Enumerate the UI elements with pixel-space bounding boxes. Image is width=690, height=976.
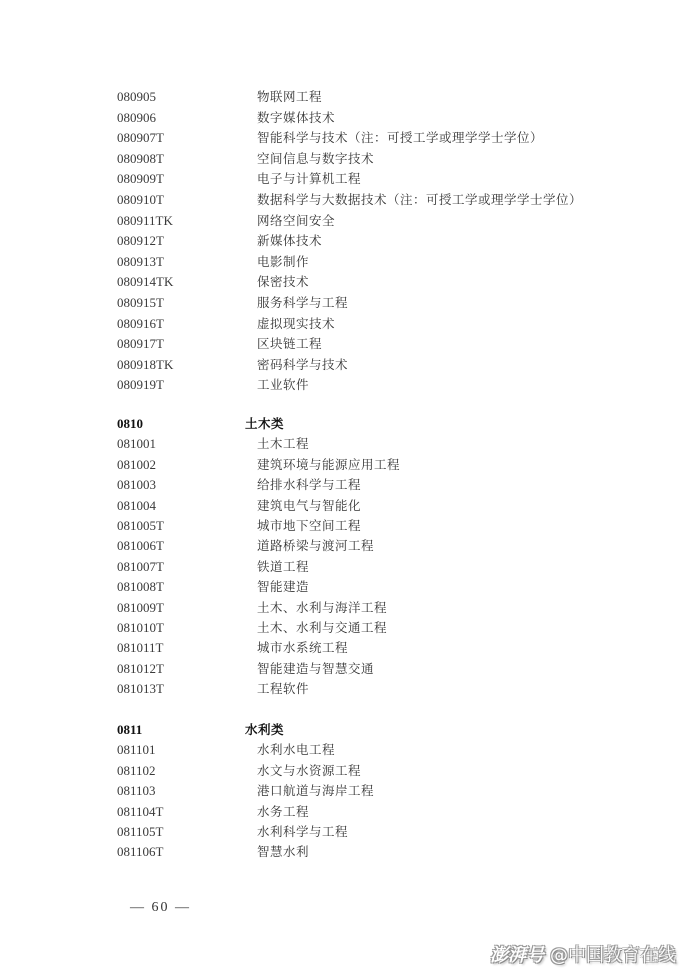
major-name: 水务工程 — [257, 802, 309, 822]
major-row: 080915T服务科学与工程 — [117, 293, 637, 313]
major-name: 土木、水利与海洋工程 — [257, 598, 387, 618]
major-name: 物联网工程 — [257, 87, 322, 107]
page-number: — 60 — — [130, 900, 191, 916]
major-code: 080905 — [117, 87, 156, 107]
major-name: 水文与水资源工程 — [257, 761, 361, 781]
major-code: 080918TK — [117, 355, 173, 375]
major-code: 080910T — [117, 190, 164, 210]
major-name: 智慧水利 — [257, 842, 309, 862]
major-row: 081010T土木、水利与交通工程 — [117, 618, 637, 638]
major-code: 081008T — [117, 577, 164, 597]
major-row: 080919T工业软件 — [117, 375, 637, 395]
major-row: 080917T区块链工程 — [117, 334, 637, 354]
major-row: 081101水利水电工程 — [117, 740, 637, 760]
major-code: 080907T — [117, 128, 164, 148]
major-row: 081001土木工程 — [117, 434, 637, 454]
major-row: 080907T智能科学与技术（注：可授工学或理学学士学位） — [117, 128, 637, 148]
major-code: 081009T — [117, 598, 164, 618]
major-row: 081106T智慧水利 — [117, 842, 637, 862]
major-row: 080911TK网络空间安全 — [117, 211, 637, 231]
major-code: 081102 — [117, 761, 156, 781]
major-code: 080917T — [117, 334, 164, 354]
major-row: 081006T道路桥梁与渡河工程 — [117, 536, 637, 556]
major-name: 城市地下空间工程 — [257, 516, 361, 536]
major-code: 081004 — [117, 496, 156, 516]
major-name: 智能科学与技术（注：可授工学或理学学士学位） — [257, 128, 543, 148]
major-row: 080913T电影制作 — [117, 252, 637, 272]
major-name: 电子与计算机工程 — [257, 169, 361, 189]
category-code: 0811 — [117, 720, 142, 740]
major-row: 080914TK保密技术 — [117, 272, 637, 292]
watermark: 澎湃号@中国教育在线 — [490, 941, 676, 967]
major-code: 081104T — [117, 802, 163, 822]
major-code: 081001 — [117, 434, 156, 454]
major-row: 081008T智能建造 — [117, 577, 637, 597]
major-row: 081007T铁道工程 — [117, 557, 637, 577]
major-row: 080916T虚拟现实技术 — [117, 314, 637, 334]
major-row: 080905物联网工程 — [117, 87, 637, 107]
major-code: 081002 — [117, 455, 156, 475]
major-name: 工程软件 — [257, 679, 309, 699]
major-row: 081104T水务工程 — [117, 802, 637, 822]
major-name: 服务科学与工程 — [257, 293, 348, 313]
major-name: 道路桥梁与渡河工程 — [257, 536, 374, 556]
major-row: 081003给排水科学与工程 — [117, 475, 637, 495]
major-code: 081003 — [117, 475, 156, 495]
major-name: 数字媒体技术 — [257, 108, 335, 128]
major-row: 081103港口航道与海岸工程 — [117, 781, 637, 801]
major-name: 城市水系统工程 — [257, 638, 348, 658]
major-code: 080915T — [117, 293, 164, 313]
major-name: 建筑电气与智能化 — [257, 496, 361, 516]
major-name: 工业软件 — [257, 375, 309, 395]
category-header-row: 0810土木类 — [117, 414, 637, 434]
major-code: 080912T — [117, 231, 164, 251]
major-row: 081105T水利科学与工程 — [117, 822, 637, 842]
category-name: 土木类 — [245, 414, 284, 434]
major-row: 081009T土木、水利与海洋工程 — [117, 598, 637, 618]
major-code: 081103 — [117, 781, 156, 801]
major-row: 081005T城市地下空间工程 — [117, 516, 637, 536]
major-name: 土木工程 — [257, 434, 309, 454]
major-row: 080906数字媒体技术 — [117, 108, 637, 128]
major-code: 081106T — [117, 842, 163, 862]
major-code: 080916T — [117, 314, 164, 334]
major-name: 电影制作 — [257, 252, 309, 272]
watermark-brand: 澎湃号 — [490, 945, 544, 966]
major-name: 建筑环境与能源应用工程 — [257, 455, 400, 475]
watermark-account: @中国教育在线 — [550, 945, 676, 966]
major-code: 080919T — [117, 375, 164, 395]
major-name: 智能建造与智慧交通 — [257, 659, 374, 679]
major-row: 081012T智能建造与智慧交通 — [117, 659, 637, 679]
major-code: 081010T — [117, 618, 164, 638]
major-name: 密码科学与技术 — [257, 355, 348, 375]
major-code: 081005T — [117, 516, 164, 536]
major-name: 港口航道与海岸工程 — [257, 781, 374, 801]
major-row: 081013T工程软件 — [117, 679, 637, 699]
major-code: 081012T — [117, 659, 164, 679]
category-name: 水利类 — [245, 720, 284, 740]
major-row: 081004建筑电气与智能化 — [117, 496, 637, 516]
major-code: 080914TK — [117, 272, 173, 292]
major-row: 081002建筑环境与能源应用工程 — [117, 455, 637, 475]
major-code: 081007T — [117, 557, 164, 577]
major-code: 080908T — [117, 149, 164, 169]
major-name: 数据科学与大数据技术（注：可授工学或理学学士学位） — [257, 190, 582, 210]
major-row: 080918TK密码科学与技术 — [117, 355, 637, 375]
major-name: 区块链工程 — [257, 334, 322, 354]
major-name: 保密技术 — [257, 272, 309, 292]
major-row: 081011T城市水系统工程 — [117, 638, 637, 658]
major-name: 给排水科学与工程 — [257, 475, 361, 495]
major-code: 081101 — [117, 740, 156, 760]
major-row: 080912T新媒体技术 — [117, 231, 637, 251]
major-code: 080906 — [117, 108, 156, 128]
major-name: 水利科学与工程 — [257, 822, 348, 842]
major-code: 081011T — [117, 638, 163, 658]
major-row: 080908T空间信息与数字技术 — [117, 149, 637, 169]
major-code: 080909T — [117, 169, 164, 189]
major-name: 新媒体技术 — [257, 231, 322, 251]
major-code: 081006T — [117, 536, 164, 556]
major-name: 智能建造 — [257, 577, 309, 597]
major-code: 081105T — [117, 822, 163, 842]
category-header-row: 0811水利类 — [117, 720, 637, 740]
major-name: 土木、水利与交通工程 — [257, 618, 387, 638]
major-row: 080910T数据科学与大数据技术（注：可授工学或理学学士学位） — [117, 190, 637, 210]
major-code: 080911TK — [117, 211, 173, 231]
major-name: 铁道工程 — [257, 557, 309, 577]
major-code: 080913T — [117, 252, 164, 272]
major-row: 081102水文与水资源工程 — [117, 761, 637, 781]
major-code: 081013T — [117, 679, 164, 699]
major-row: 080909T电子与计算机工程 — [117, 169, 637, 189]
category-code: 0810 — [117, 414, 143, 434]
major-name: 水利水电工程 — [257, 740, 335, 760]
major-name: 空间信息与数字技术 — [257, 149, 374, 169]
major-name: 网络空间安全 — [257, 211, 335, 231]
major-name: 虚拟现实技术 — [257, 314, 335, 334]
